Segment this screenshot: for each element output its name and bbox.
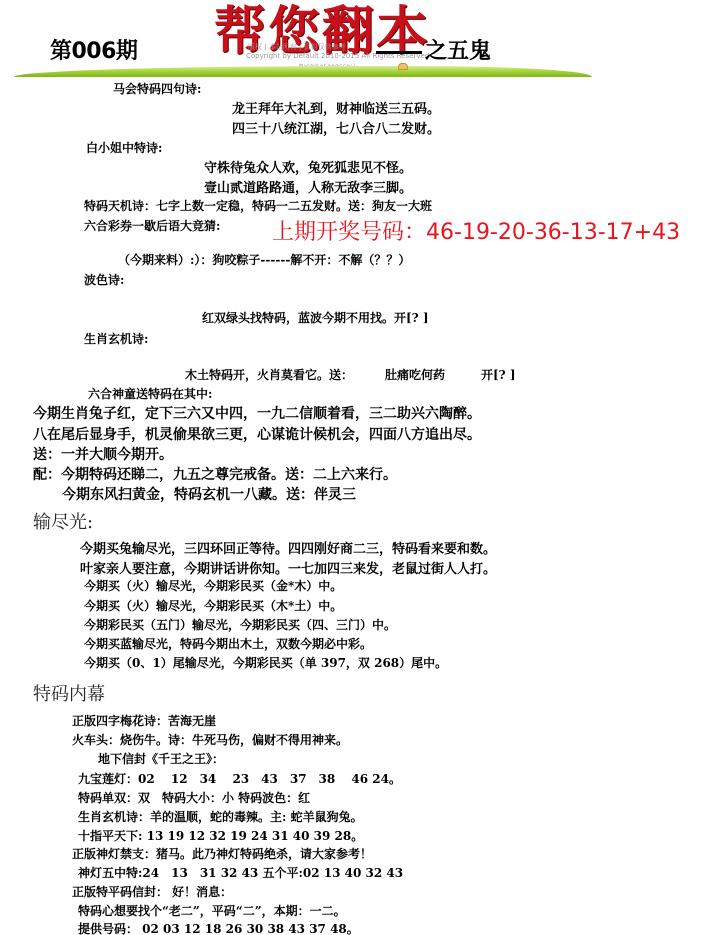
shentong-line-3: 送：一并大顺今期开。 <box>33 444 173 464</box>
decorative-green-bar <box>14 66 592 77</box>
temaneimu-line-8: 正版神灯禁支：猪马。此乃神灯特码绝杀，请大家参考！ <box>72 845 372 862</box>
section-title-mahui: 马会特码四句诗: <box>113 80 201 97</box>
bose-line: 红双绿头找特码，蓝波今期不用找。开[? ] <box>202 309 429 326</box>
temaneimu-line-9: 神灯五中特:24 13 31 32 43 五个平:02 13 40 32 43 <box>78 864 403 881</box>
section-title-xiehouyu: 六合彩券一歇后语大竞猜: <box>84 217 220 234</box>
shujinguang-line-2: 叶家亲人要注意，今期讲话讲你知。一七加四三来发，老鼠过街人人打。 <box>80 558 496 577</box>
issue-number: 第006期 <box>50 34 137 65</box>
temaneimu-line-7: 十指平天下: 13 19 12 32 19 24 31 40 39 28。 <box>78 827 363 844</box>
section-title-shengxiao: 生肖玄机诗: <box>84 330 148 347</box>
subtitle: 之五鬼 <box>376 34 491 65</box>
section-title-shujinguang: 输尽光: <box>33 508 93 534</box>
temaneimu-line-1: 正版四字梅花诗：苦海无崖 <box>72 712 216 729</box>
temaneimu-line-10: 正版特平码信封： 好！消息： <box>72 883 232 900</box>
temaneimu-line-12: 提供号码： 02 03 12 18 26 30 38 43 37 48。 <box>78 920 359 935</box>
shentong-line-4: 配：今期特码还睇二，九五之尊完戒备。送：二上六来行。 <box>33 464 397 484</box>
last-draw-label: 上期开奖号码： <box>272 220 426 245</box>
mahui-line-2: 四三十八统江湖，七八合八二发财。 <box>232 118 440 137</box>
copyright-line-1: 版权 | 本站所有 | 资料仅供参考 <box>248 42 346 52</box>
shentong-line-5: 今期东风扫黄金，特码玄机一八藏。送：伴灵三 <box>62 484 356 504</box>
shujinguang-line-5: 今期彩民买（五门）输尽光，今期彩民买（四、三门）中。 <box>84 616 396 633</box>
baixiaojie-line-1: 守株待兔众人欢，兔死狐悲见不怪。 <box>204 157 412 176</box>
xiehouyu-line: （今期来料）:）：狗咬粽子------解不开：不解（？？） <box>118 251 410 268</box>
shujinguang-line-1: 今期买兔输尽光，三四环回正等待。四四刚好商二三，特码看来要和数。 <box>80 538 496 557</box>
emblem-icon <box>398 63 408 70</box>
temaneimu-line-2: 火车头：烧伤牛。诗：牛死马伤，偏财不得用神来。 <box>72 731 348 748</box>
mahui-line-1: 龙王拜年大礼到，财神临送三五码。 <box>232 98 440 117</box>
temaneimu-line-3: 地下信封《千王之王》： <box>98 750 224 767</box>
shujinguang-line-3: 今期买（火）输尽光，今期彩民买（金*木）中。 <box>84 577 342 594</box>
baixiaojie-line-2: 壹山贰道路路通，人称无敌李三脚。 <box>204 177 412 196</box>
shengxiao-line-c: 开[? ] <box>481 366 516 383</box>
temaneimu-line-6: 生肖玄机诗：羊的温顺，蛇的毒辣。主: 蛇羊鼠狗兔。 <box>78 808 363 825</box>
subtitle-text: 之五鬼 <box>425 38 491 64</box>
shujinguang-line-4: 今期买（火）输尽光，今期彩民买（木*土）中。 <box>84 597 342 614</box>
shujinguang-line-6: 今期买蓝输尽光，特码今期出木土，双数今期必中彩。 <box>84 635 372 652</box>
section-title-temaneimu: 特码内幕 <box>33 680 105 706</box>
section-title-baixiaojie: 白小姐中特诗: <box>86 139 162 156</box>
shentong-line-2: 八在尾后显身手，机灵偷果欲三更，心谋诡计候机会，四面八方追出尽。 <box>33 424 481 444</box>
shengxiao-line-a: 木土特码开，火肖莫看它。送： <box>185 366 353 383</box>
dash-line-icon <box>376 51 422 54</box>
section-title-shentong: 六合神童送特码在其中: <box>88 385 212 402</box>
shentong-line-1: 今期生肖兔子红，定下三六又中四，一九二信顺着看，三二助兴六陶醉。 <box>33 403 481 423</box>
last-draw-value: 46-19-20-36-13-17+43 <box>426 220 680 245</box>
shengxiao-line-b: 肚痛吃何药 <box>385 366 445 383</box>
temaneimu-line-11: 特码心想要找个“老二”，平码“二”，本期：一二。 <box>78 902 346 919</box>
tianji-line: 特码天机诗：七字上数一定稳，特码一二五发财。送：狗友一大班 <box>84 197 432 214</box>
section-title-bose: 波色诗: <box>84 271 124 288</box>
last-draw-numbers: 上期开奖号码：46-19-20-36-13-17+43 <box>272 215 680 246</box>
shujinguang-line-7: 今期买（0、1）尾输尽光，今期彩民买（单 397，双 268）尾中。 <box>84 654 447 671</box>
temaneimu-line-4: 九宝莲灯：02 12 34 23 43 37 38 46 24。 <box>78 770 401 787</box>
temaneimu-line-5: 特码单双：双 特码大小：小 特码波色：红 <box>78 789 310 806</box>
